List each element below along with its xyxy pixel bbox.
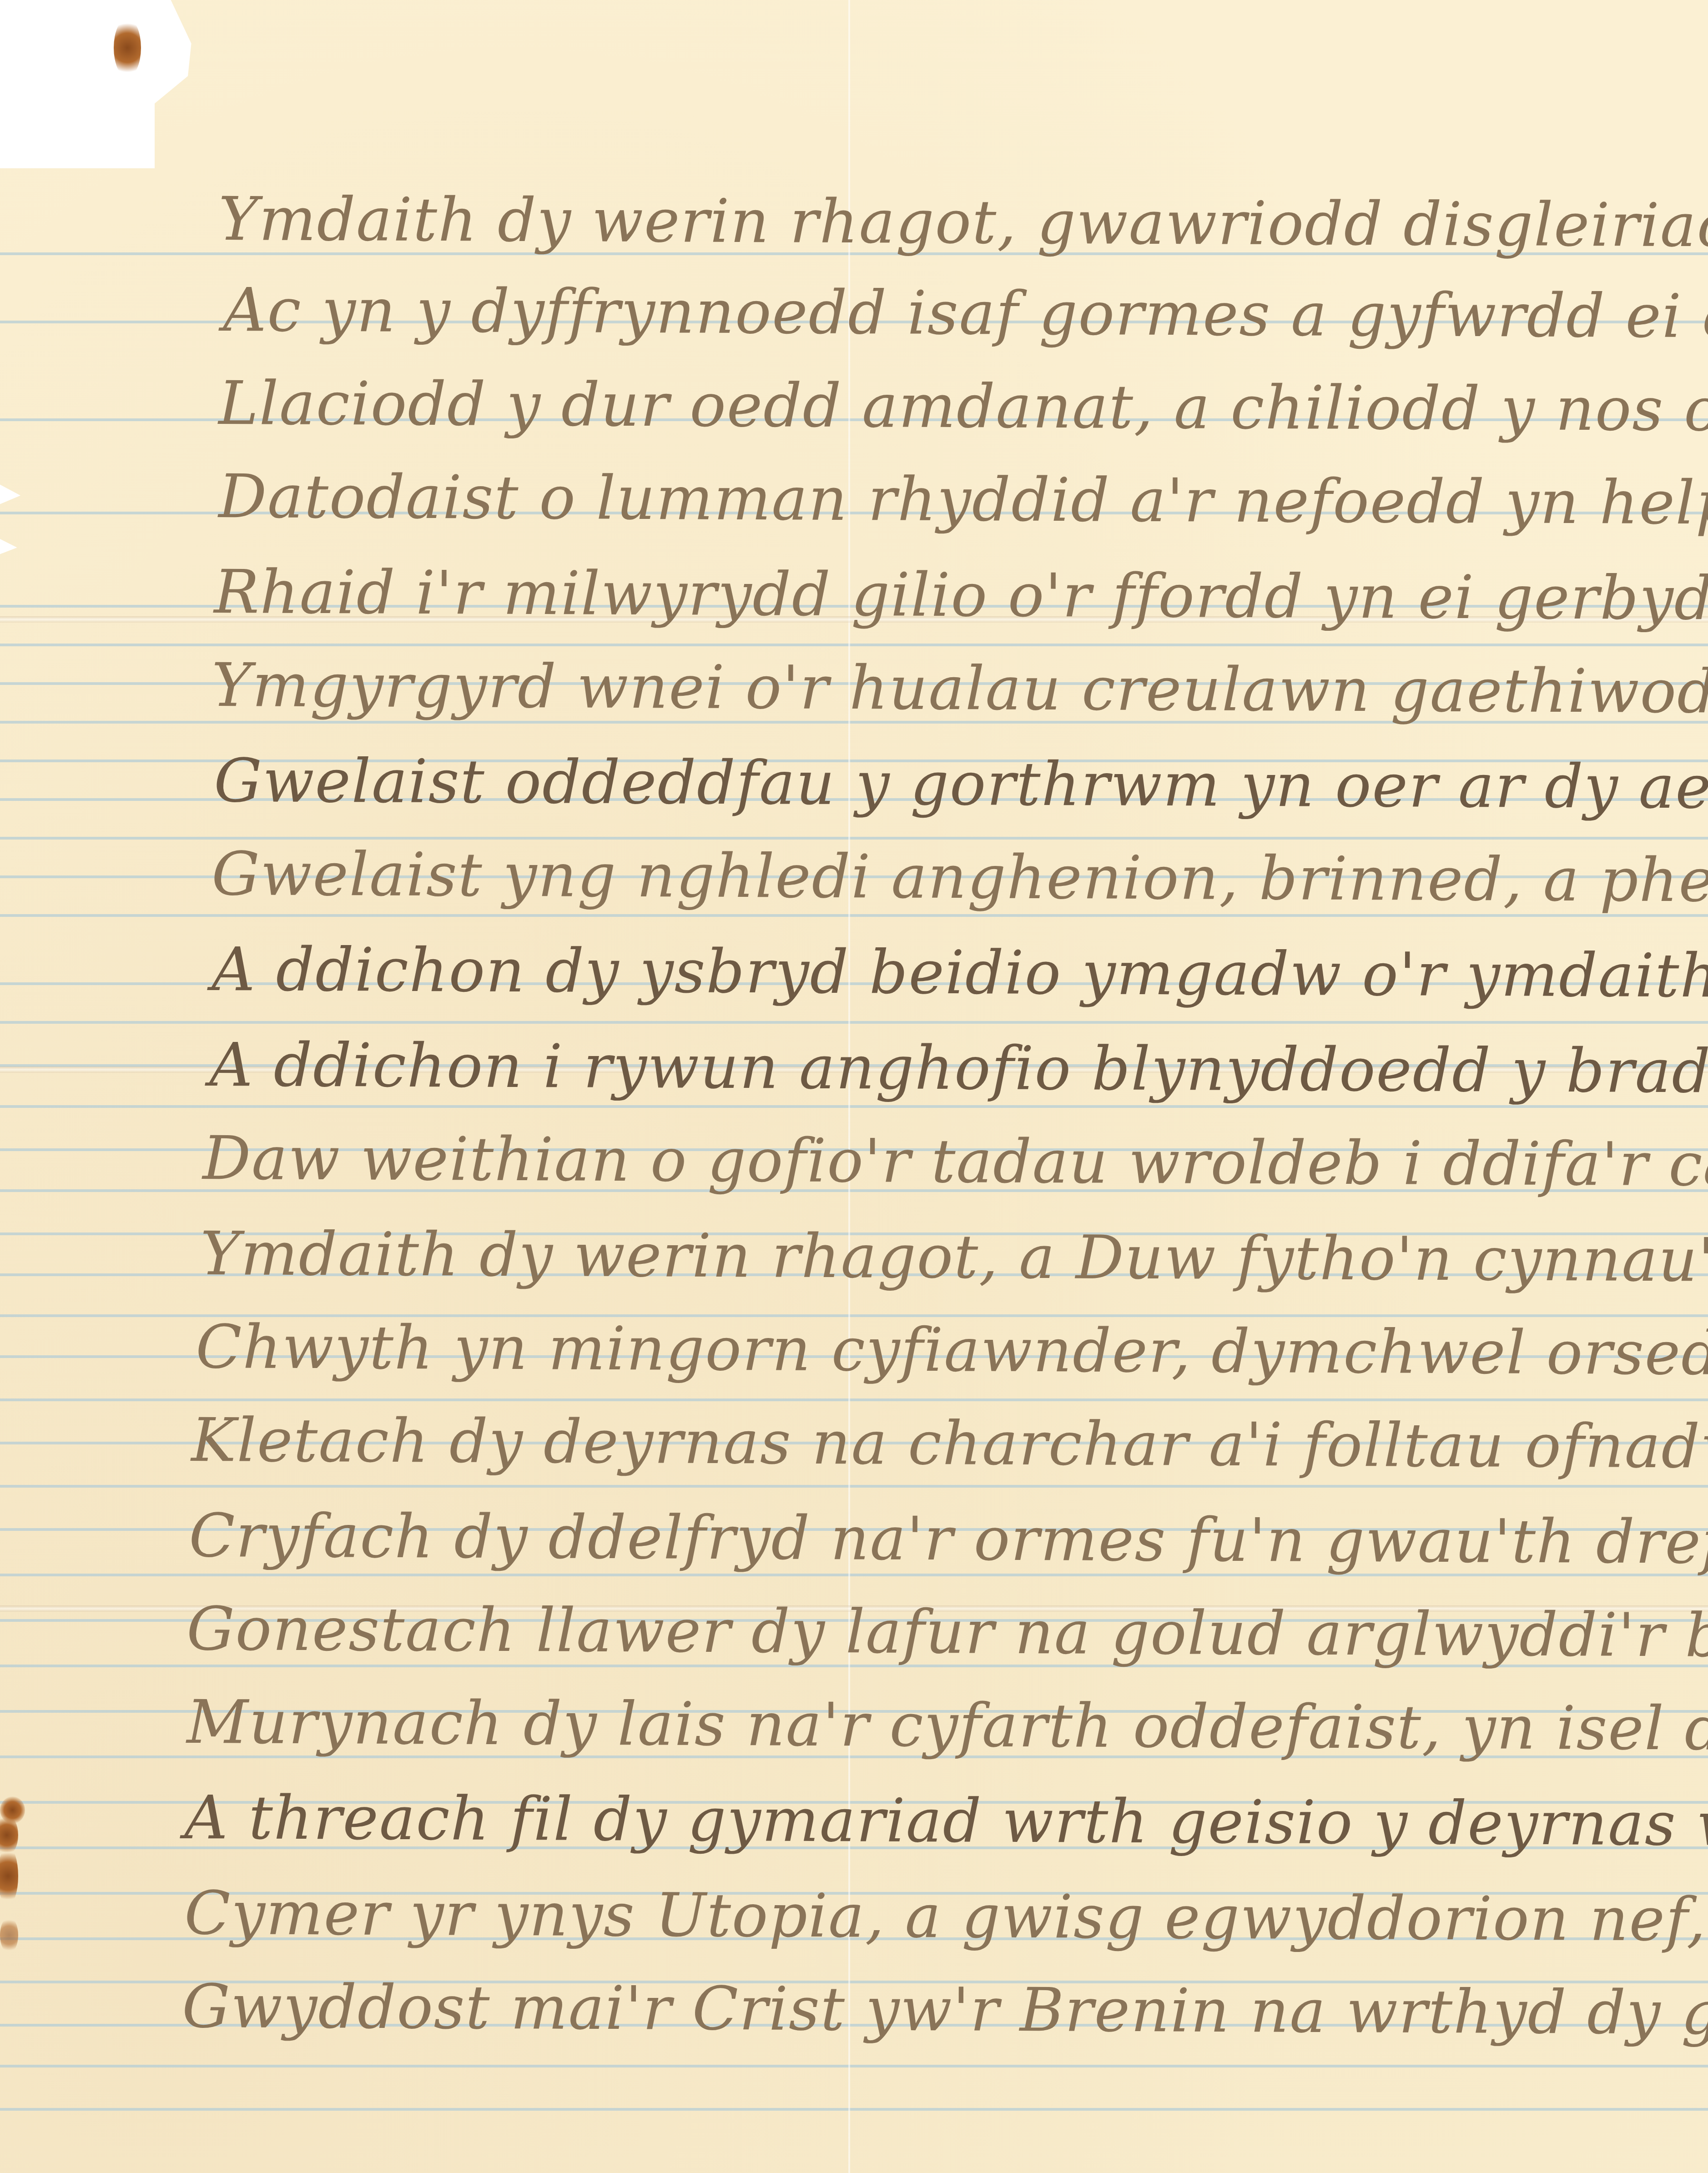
poem-line: Kletach dy deyrnas na charchar a'i follt…: [191, 1405, 1708, 1484]
poem-line: Cymer yr ynys Utopia, a gwisg egwyddorio…: [184, 1878, 1707, 1955]
poem-line: Gwyddost mai'r Crist yw'r Brenin na wrth…: [182, 1972, 1708, 2050]
poem-line: A ddichon dy ysbryd beidio ymgadw o'r ym…: [212, 935, 1708, 1012]
poem-line: Llaciodd y dur oedd amdanat, a chiliodd …: [218, 368, 1708, 446]
poem-line: Daw weithian o gofio'r tadau wroldeb i d…: [202, 1123, 1708, 1200]
poem-line: Gonestach llawer dy lafur na golud arglw…: [186, 1594, 1708, 1671]
poem-line: Ac yn y dyffrynnoedd isaf gormes a gyfwr…: [223, 275, 1708, 353]
poem-line: Ymgyrgyrd wnei o'r hualau creulawn gaeth…: [212, 650, 1708, 729]
poem-line: Murynach dy lais na'r cyfarth oddefaist,…: [186, 1687, 1708, 1765]
poem-line: A ddichon i rywun anghofio blynyddoedd y…: [209, 1030, 1708, 1108]
poem-line: Ymdaith dy werin rhagot, gwawriodd disgl…: [218, 184, 1708, 262]
poem-line: Gwelaist oddeddfau y gorthrwm yn oer ar …: [214, 746, 1708, 824]
poem-line: Cryfach dy ddelfryd na'r ormes fu'n gwau…: [189, 1501, 1708, 1580]
poem-line: Datodaist o lumman rhyddid a'r nefoedd y…: [218, 462, 1708, 540]
poem-line: A threach fil dy gymariad wrth geisio y …: [184, 1783, 1708, 1860]
poem-line: Rhaid i'r milwyrydd gilio o'r ffordd yn …: [214, 557, 1708, 634]
poem-text: Ymdaith dy werin rhagot, gwawriodd disgl…: [0, 0, 1708, 2173]
poem-line: Ymdaith dy werin rhagot, a Duw fytho'n c…: [200, 1219, 1708, 1297]
poem-line: Chwyth yn mingorn cyfiawnder, dymchwel o…: [196, 1312, 1708, 1391]
poem-line: Gwelaist yng nghledi anghenion, brinned,…: [212, 839, 1708, 918]
